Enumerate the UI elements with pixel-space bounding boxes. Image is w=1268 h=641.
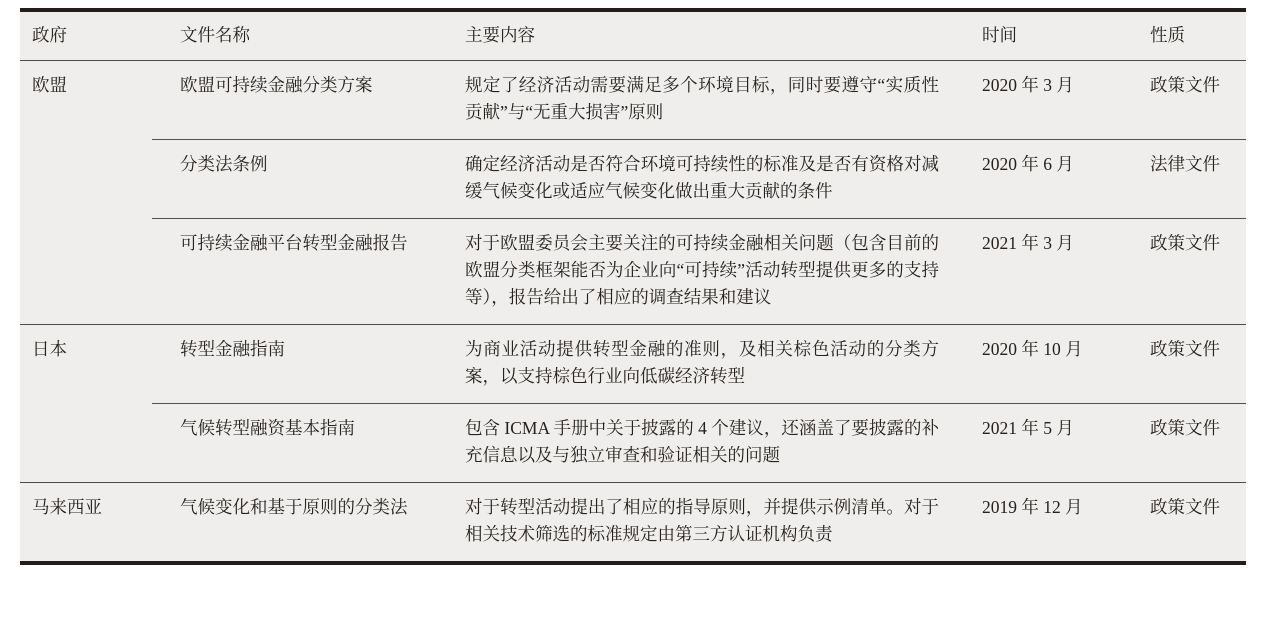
- content-cell: 包含 ICMA 手册中关于披露的 4 个建议，还涵盖了要披露的补充信息以及与独立…: [444, 404, 960, 482]
- table-row: 转型金融指南 为商业活动提供转型金融的准则，及相关棕色活动的分类方案，以支持棕色…: [152, 325, 1246, 403]
- page: 政府 文件名称 主要内容 时间 性质 欧盟 欧盟可持续金融分类方案 规定了经济活…: [0, 0, 1268, 641]
- time-cell: 2021 年 3 月: [960, 219, 1130, 324]
- group-rows: 转型金融指南 为商业活动提供转型金融的准则，及相关棕色活动的分类方案，以支持棕色…: [152, 325, 1246, 482]
- doc-name-cell: 欧盟可持续金融分类方案: [152, 61, 444, 139]
- time-cell: 2020 年 3 月: [960, 61, 1130, 139]
- nature-cell: 法律文件: [1130, 140, 1246, 218]
- nature-cell: 政策文件: [1130, 483, 1246, 561]
- government-group: 日本 转型金融指南 为商业活动提供转型金融的准则，及相关棕色活动的分类方案，以支…: [20, 324, 1246, 482]
- table-row: 气候转型融资基本指南 包含 ICMA 手册中关于披露的 4 个建议，还涵盖了要披…: [152, 403, 1246, 482]
- table-row: 欧盟可持续金融分类方案 规定了经济活动需要满足多个环境目标，同时要遵守“实质性贡…: [152, 61, 1246, 139]
- government-group: 马来西亚 气候变化和基于原则的分类法 对于转型活动提出了相应的指导原则，并提供示…: [20, 482, 1246, 561]
- content-cell: 为商业活动提供转型金融的准则，及相关棕色活动的分类方案，以支持棕色行业向低碳经济…: [444, 325, 960, 403]
- group-rows: 欧盟可持续金融分类方案 规定了经济活动需要满足多个环境目标，同时要遵守“实质性贡…: [152, 61, 1246, 324]
- government-group: 欧盟 欧盟可持续金融分类方案 规定了经济活动需要满足多个环境目标，同时要遵守“实…: [20, 61, 1246, 324]
- content-cell: 确定经济活动是否符合环境可持续性的标准及是否有资格对减缓气候变化或适应气候变化做…: [444, 140, 960, 218]
- doc-name-cell: 转型金融指南: [152, 325, 444, 403]
- time-cell: 2021 年 5 月: [960, 404, 1130, 482]
- time-cell: 2020 年 6 月: [960, 140, 1130, 218]
- nature-cell: 政策文件: [1130, 404, 1246, 482]
- content-cell: 规定了经济活动需要满足多个环境目标，同时要遵守“实质性贡献”与“无重大损害”原则: [444, 61, 960, 139]
- policy-document-table: 政府 文件名称 主要内容 时间 性质 欧盟 欧盟可持续金融分类方案 规定了经济活…: [20, 8, 1246, 565]
- group-rows: 气候变化和基于原则的分类法 对于转型活动提出了相应的指导原则，并提供示例清单。对…: [152, 483, 1246, 561]
- table-header-row: 政府 文件名称 主要内容 时间 性质: [20, 12, 1246, 61]
- content-cell: 对于欧盟委员会主要关注的可持续金融相关问题（包含目前的欧盟分类框架能否为企业向“…: [444, 219, 960, 324]
- column-header-nature: 性质: [1130, 22, 1246, 49]
- column-header-main-content: 主要内容: [444, 22, 960, 49]
- government-cell: 日本: [20, 325, 152, 482]
- column-header-time: 时间: [960, 22, 1130, 49]
- government-cell: 欧盟: [20, 61, 152, 324]
- table-row: 可持续金融平台转型金融报告 对于欧盟委员会主要关注的可持续金融相关问题（包含目前…: [152, 218, 1246, 324]
- time-cell: 2020 年 10 月: [960, 325, 1130, 403]
- content-cell: 对于转型活动提出了相应的指导原则，并提供示例清单。对于相关技术筛选的标准规定由第…: [444, 483, 960, 561]
- column-header-doc-name: 文件名称: [152, 22, 444, 49]
- nature-cell: 政策文件: [1130, 219, 1246, 324]
- doc-name-cell: 气候变化和基于原则的分类法: [152, 483, 444, 561]
- nature-cell: 政策文件: [1130, 325, 1246, 403]
- government-cell: 马来西亚: [20, 483, 152, 561]
- time-cell: 2019 年 12 月: [960, 483, 1130, 561]
- column-header-government: 政府: [20, 22, 152, 49]
- table-body: 欧盟 欧盟可持续金融分类方案 规定了经济活动需要满足多个环境目标，同时要遵守“实…: [20, 61, 1246, 561]
- doc-name-cell: 分类法条例: [152, 140, 444, 218]
- doc-name-cell: 可持续金融平台转型金融报告: [152, 219, 444, 324]
- nature-cell: 政策文件: [1130, 61, 1246, 139]
- table-row: 分类法条例 确定经济活动是否符合环境可持续性的标准及是否有资格对减缓气候变化或适…: [152, 139, 1246, 218]
- table-row: 气候变化和基于原则的分类法 对于转型活动提出了相应的指导原则，并提供示例清单。对…: [152, 483, 1246, 561]
- doc-name-cell: 气候转型融资基本指南: [152, 404, 444, 482]
